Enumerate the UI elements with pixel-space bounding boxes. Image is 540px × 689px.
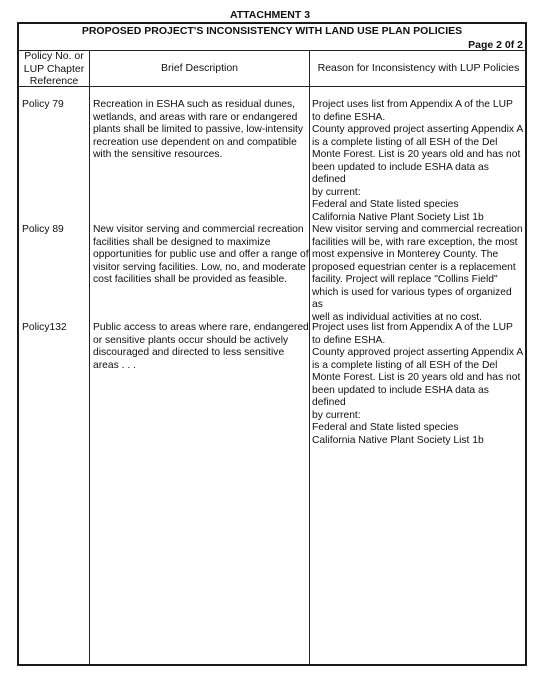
policy-table: PROPOSED PROJECT'S INCONSISTENCY WITH LA…: [17, 22, 527, 666]
divider: [19, 50, 525, 51]
column-divider: [89, 50, 90, 664]
row-description: Public access to areas where rare, endan…: [93, 322, 309, 372]
row-description: Recreation in ESHA such as residual dune…: [93, 99, 303, 162]
row-description: New visitor serving and commercial recre…: [93, 224, 309, 287]
header-reason: Reason for Inconsistency with LUP Polici…: [310, 62, 527, 75]
attachment-label: ATTACHMENT 3: [0, 9, 540, 21]
divider: [19, 86, 525, 87]
header-policy: Policy No. or LUP Chapter Reference: [19, 50, 89, 88]
table-title: PROPOSED PROJECT'S INCONSISTENCY WITH LA…: [19, 25, 525, 37]
row-policy: Policy 89: [22, 224, 64, 237]
row-reason: Project uses list from Appendix A of the…: [312, 322, 525, 447]
row-reason: New visitor serving and commercial recre…: [312, 224, 525, 324]
column-divider: [309, 50, 310, 664]
header-description: Brief Description: [90, 62, 309, 75]
row-policy: Policy132: [22, 322, 67, 335]
row-reason: Project uses list from Appendix A of the…: [312, 99, 525, 224]
row-policy: Policy 79: [22, 99, 64, 112]
